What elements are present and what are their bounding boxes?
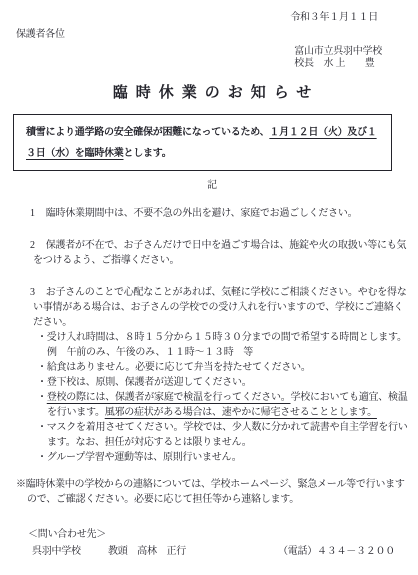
numbered-item-1: 1臨時休業期間中は、不要不急の外出を避け、家庭でお過ごしください。 [16, 206, 408, 221]
list-item-reception-hours: ・受け入れ時間は、８時１５分から１５時３０分までの間で希望する時間とします。 [16, 330, 408, 345]
bullet-marker: ・ [37, 452, 47, 463]
list-item-commute: ・登下校は、原則、保護者が送迎してください。 [16, 375, 408, 390]
bullet-text-underlined-2: 風邪の症状がある場合は、速やかに帰宅させることとします。 [105, 407, 377, 418]
bullet-text-underlined-1: 登校の際には、保護者が家庭で検温を行ってください。 [47, 392, 291, 403]
sender-block: 富山市立呉羽中学校 校長 水 上 豊 [294, 46, 382, 70]
items-block: 1臨時休業期間中は、不要不急の外出を避け、家庭でお過ごしください。 2保護者が不… [16, 206, 408, 465]
bullet-marker: ・ [37, 377, 47, 388]
notice-box-tail: とします。 [124, 148, 172, 159]
bullet-marker: ・ [37, 422, 47, 433]
closure-contact-note: ※臨時休業中の学校からの連絡については、学校ホームページ、緊急メール等で行います… [16, 477, 408, 507]
bullet-text: マスクを着用させてください。学校では、少人数に分かれて読書や自主学習を行います。… [47, 422, 408, 448]
page-title: 臨時休業のお知らせ [16, 84, 408, 102]
bullet-marker: ・ [37, 332, 47, 343]
item-number: 1 [30, 208, 35, 219]
list-item-lunch: ・給食はありません。必要に応じて弁当を持たせてください。 [16, 360, 408, 375]
bullet-text: 例 午前のみ、午後のみ、１１時～１３時 等 [47, 347, 253, 358]
record-heading: 記 [16, 178, 408, 193]
contact-person: 教頭 高林 正行 [108, 544, 278, 559]
contact-row: 呉羽中学校 教頭 高林 正行 （電話）４３４－３２００ [32, 544, 408, 559]
list-item-mask: ・マスクを着用させてください。学校では、少人数に分かれて読書や自主学習を行います… [16, 420, 408, 450]
item-text: 臨時休業期間中は、不要不急の外出を避け、家庭でお過ごしください。 [46, 208, 358, 219]
recipient: 保護者各位 [16, 27, 408, 42]
contact-block: ＜問い合わせ先＞ 呉羽中学校 教頭 高林 正行 （電話）４３４－３２００ [16, 527, 408, 559]
list-item-group-study: ・グループ学習や運動等は、原則行いません。 [16, 450, 408, 465]
issue-date: 令和３年１月１１日 [16, 10, 408, 25]
contact-header: ＜問い合わせ先＞ [28, 527, 408, 542]
bullet-marker: ・ [37, 362, 47, 373]
notice-document: 令和３年１月１１日 保護者各位 富山市立呉羽中学校 校長 水 上 豊 臨時休業の… [0, 0, 418, 575]
sender-school: 富山市立呉羽中学校 [294, 46, 382, 58]
numbered-item-3: 3お子さんのことで心配なことがあれば、気軽に学校にご相談ください。やむを得ない事… [16, 285, 408, 330]
bullet-text: 受け入れ時間は、８時１５分から１５時３０分までの間で希望する時間とします。 [47, 332, 407, 343]
bullet-text: グループ学習や運動等は、原則行いません。 [47, 452, 242, 463]
notice-box-lead: 積雪により通学路の安全確保が困難になっているため、 [26, 127, 269, 138]
item-number: 2 [30, 240, 35, 251]
sender-principal: 校長 水 上 豊 [294, 58, 382, 70]
item-number: 3 [30, 287, 35, 298]
contact-phone: （電話）４３４－３２００ [278, 544, 408, 559]
contact-school: 呉羽中学校 [32, 544, 108, 559]
item-text: お子さんのことで心配なことがあれば、気軽に学校にご相談ください。やむを得ない事情… [33, 287, 407, 328]
notice-box: 積雪により通学路の安全確保が困難になっているため、１月１２日（火）及び１３日（水… [13, 114, 392, 171]
list-item-temperature: ・登校の際には、保護者が家庭で検温を行ってください。学校においても適宜、検温を行… [16, 390, 408, 420]
list-item-example: 例 午前のみ、午後のみ、１１時～１３時 等 [16, 345, 408, 360]
bullet-text: 給食はありません。必要に応じて弁当を持たせてください。 [47, 362, 311, 373]
bullet-marker: ・ [37, 392, 47, 403]
item-text: 保護者が不在で、お子さんだけで日中を過ごす場合は、施錠や火の取扱い等にも気をつけ… [33, 240, 406, 266]
numbered-item-2: 2保護者が不在で、お子さんだけで日中を過ごす場合は、施錠や火の取扱い等にも気をつ… [16, 238, 408, 268]
bullet-text: 登下校は、原則、保護者が送迎してください。 [47, 377, 252, 388]
